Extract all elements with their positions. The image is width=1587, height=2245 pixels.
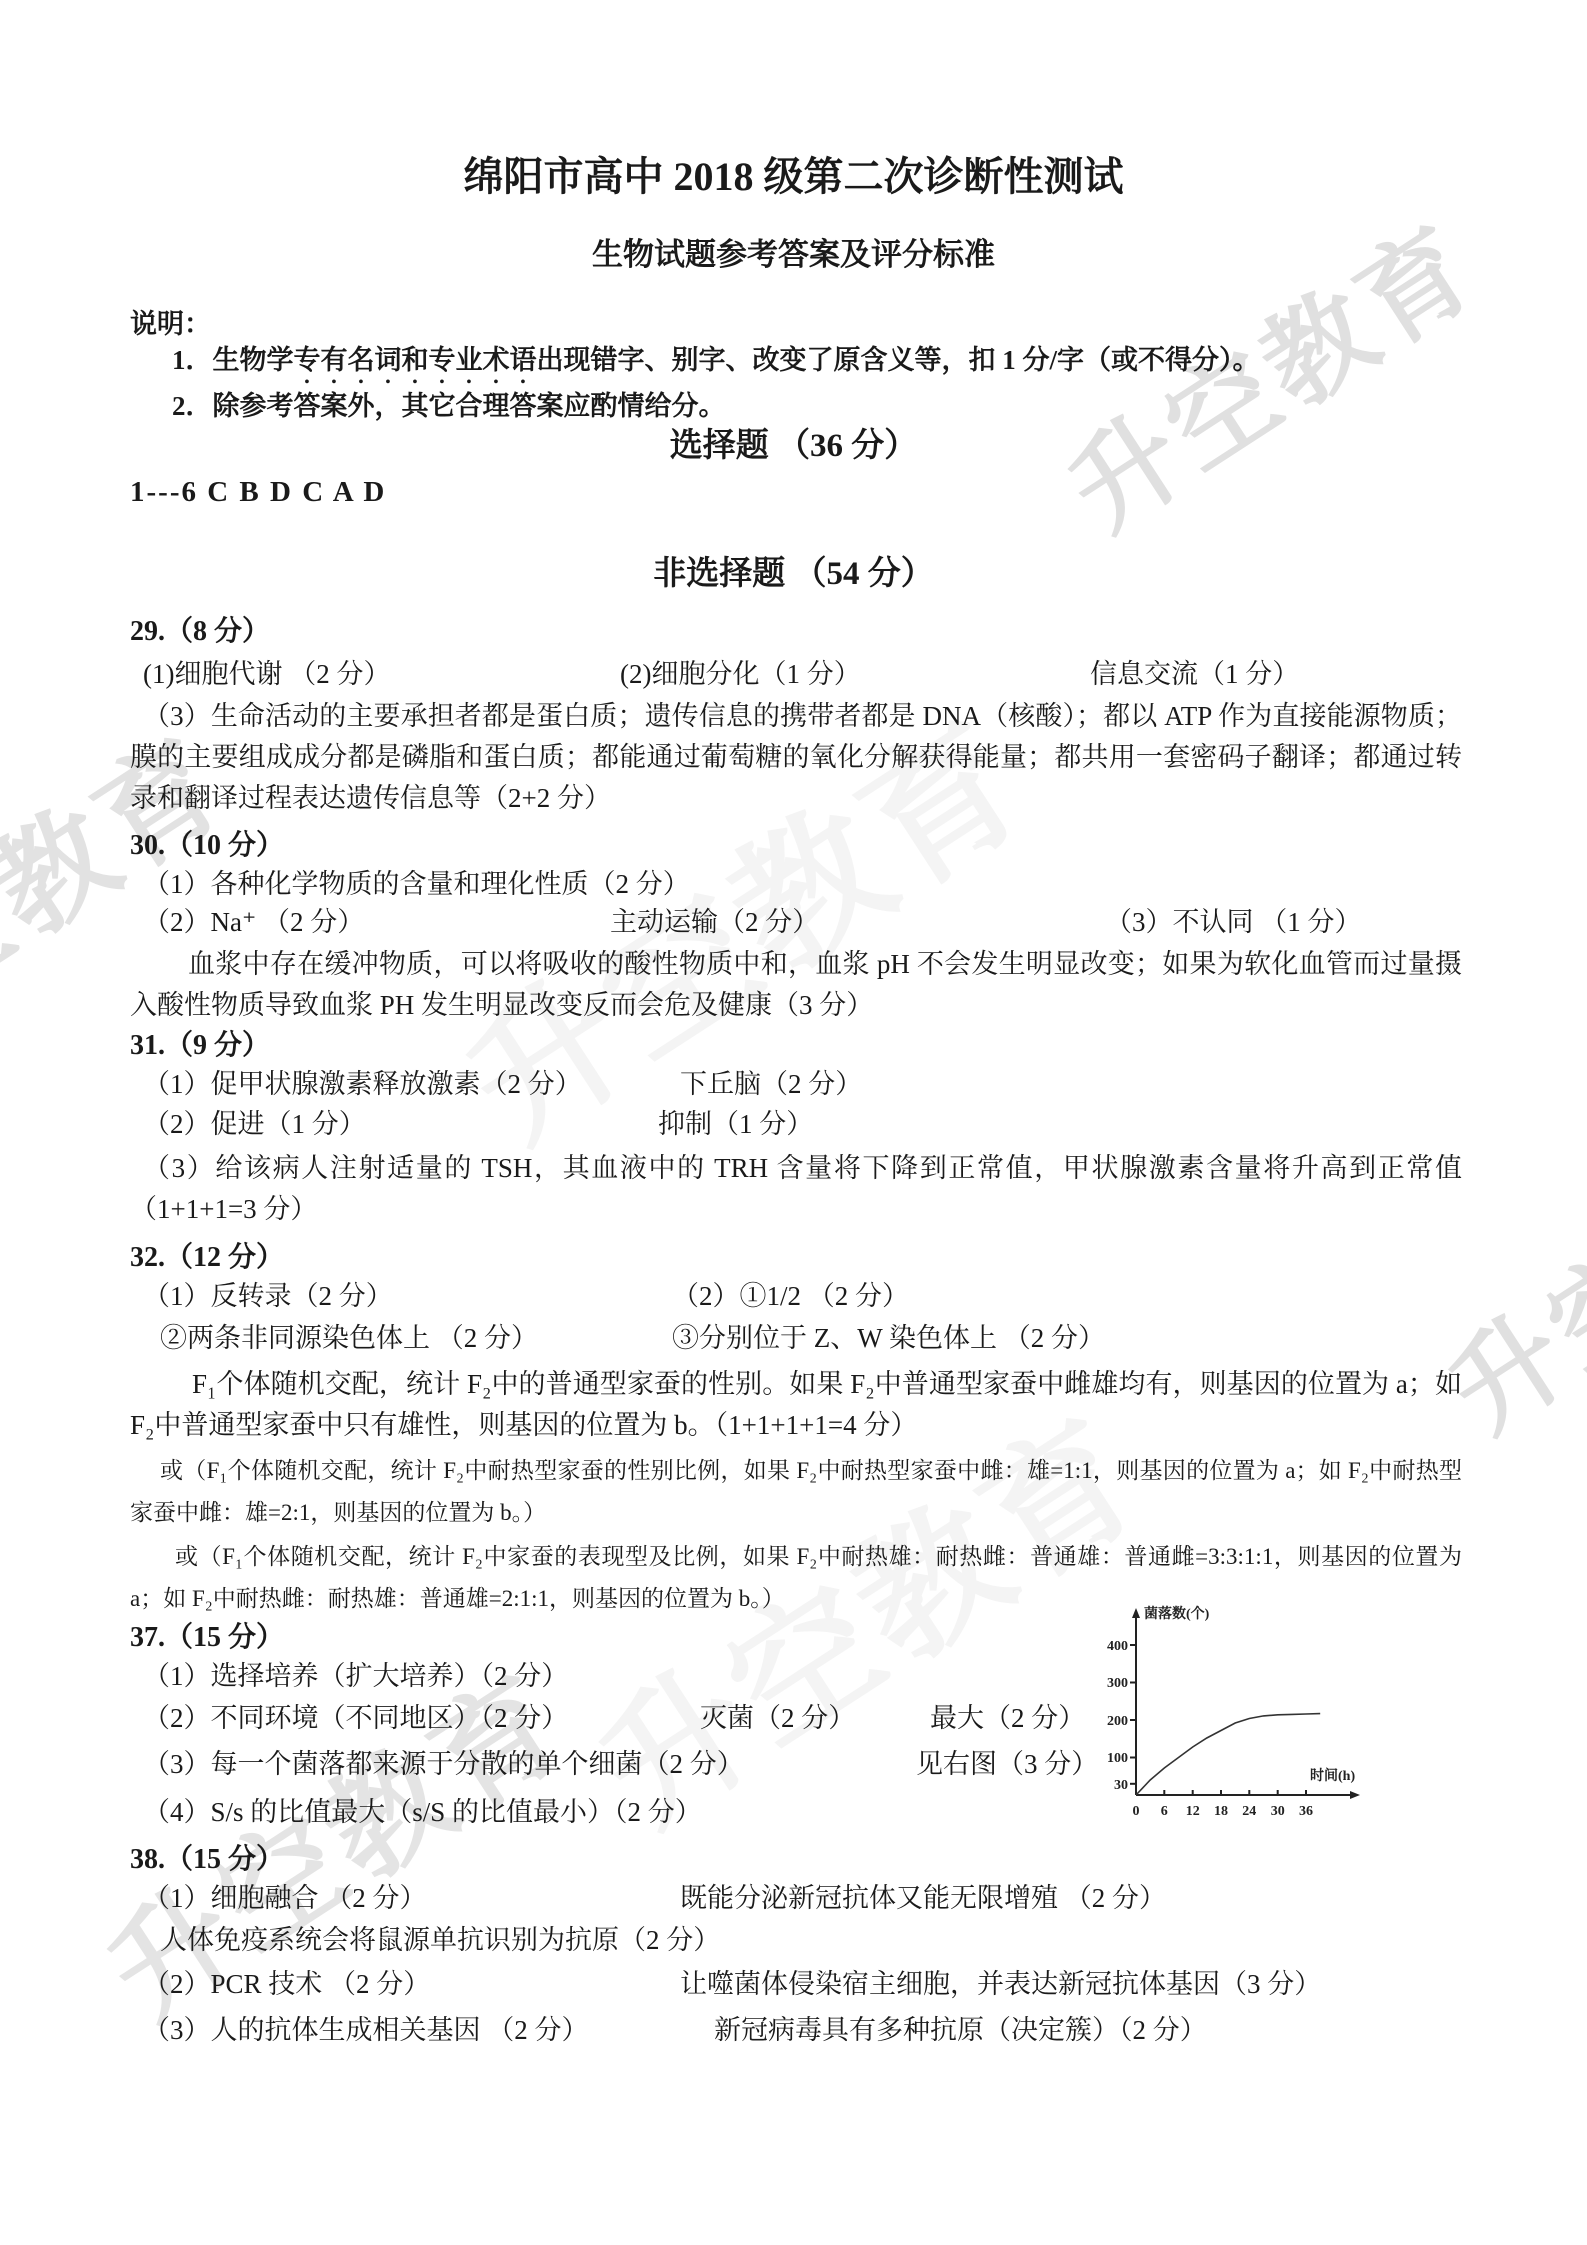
- colony-count-chart: 菌落数(个) 时间(h) 30 100 200 300 400 0 6 12 1…: [1106, 1600, 1368, 1828]
- chart-x-axis-label: 时间(h): [1310, 1767, 1355, 1784]
- choice-answers: 1---6 C B D C A D: [130, 474, 386, 510]
- q38-answer-4: （2）PCR 技术 （2 分）: [143, 1968, 430, 2002]
- q37-answer-7: （4）S/s 的比值最大（s/S 的比值最小）（2 分）: [143, 1796, 702, 1830]
- x-tick-label-12: 12: [1186, 1804, 1200, 1819]
- q38-heading: 38.（15 分）: [130, 1842, 284, 1877]
- chart-x-axis-arrow-icon: [1350, 1791, 1360, 1799]
- q31-answer-2: 下丘脑（2 分）: [680, 1068, 862, 1102]
- q38-answer-3: 人体免疫系统会将鼠源单抗识别为抗原（2 分）: [160, 1924, 720, 1958]
- q32-heading: 32.（12 分）: [130, 1240, 284, 1275]
- x-tick-label-24: 24: [1242, 1804, 1256, 1819]
- q37-answer-1: （1）选择培养（扩大培养）（2 分）: [143, 1660, 568, 1694]
- y-tick-label-100: 100: [1107, 1751, 1128, 1766]
- x-tick-label-30: 30: [1271, 1804, 1285, 1819]
- x-tick-label-36: 36: [1299, 1804, 1313, 1819]
- q32-answer-5: F₁个体随机交配，统计 F₂中的普通型家蚕的性别。如果 F₂中普通型家蚕中雌雄均…: [130, 1364, 1462, 1446]
- exam-answer-sheet-page: 升空教育 升空教育 升空教育 升空教育 升空教育 升空教育 绵阳市高中 2018…: [0, 0, 1587, 2245]
- q31-answer-1: （1）促甲状腺激素释放激素（2 分）: [143, 1068, 582, 1102]
- q37-answer-3: 灭菌（2 分）: [700, 1702, 855, 1736]
- q30-answer-4: （3）不认同 （1 分）: [1105, 906, 1362, 940]
- page-subtitle: 生物试题参考答案及评分标准: [0, 236, 1587, 275]
- q37-answer-2: （2）不同环境（不同地区）（2 分）: [143, 1702, 568, 1736]
- growth-curve: [1136, 1714, 1320, 1795]
- notes-label: 说明：: [130, 308, 211, 342]
- y-tick-label-200: 200: [1107, 1714, 1128, 1729]
- choice-section-heading: 选择题 （36 分）: [0, 426, 1587, 467]
- notes-item-1: 1．生物学专有名词和专业术语出现错字、别字、改变了原含义等，扣 1 分/字（或不…: [172, 344, 1260, 390]
- q30-heading: 30.（10 分）: [130, 828, 284, 863]
- q31-heading: 31.（9 分）: [130, 1028, 270, 1063]
- y-tick-label-300: 300: [1107, 1676, 1128, 1691]
- q37-answer-5: （3）每一个菌落都来源于分散的单个细菌（2 分）: [143, 1748, 744, 1782]
- q29-answer-4: （3）生命活动的主要承担者都是蛋白质；遗传信息的携带者都是 DNA（核酸）；都以…: [130, 696, 1462, 819]
- q30-answer-3: 主动运输（2 分）: [610, 906, 819, 940]
- q32-answer-3: ②两条非同源染色体上 （2 分）: [160, 1322, 538, 1356]
- q31-answer-3: （2）促进（1 分）: [143, 1108, 366, 1142]
- q31-answer-5: （3）给该病人注射适量的 TSH，其血液中的 TRH 含量将下降到正常值，甲状腺…: [130, 1148, 1462, 1230]
- chart-y-axis-label: 菌落数(个): [1144, 1605, 1210, 1622]
- notes-item-1-post: 出现错字、别字、改变了原含义等，扣 1 分/字（或不得分）。: [537, 345, 1260, 375]
- q30-answer-5: 血浆中存在缓冲物质，可以将吸收的酸性物质中和，血浆 pH 不会发生明显改变；如果…: [130, 944, 1462, 1026]
- x-tick-label-6: 6: [1161, 1804, 1168, 1819]
- q30-answer-2: （2）Na⁺ （2 分）: [143, 906, 364, 940]
- q38-answer-2: 既能分泌新冠抗体又能无限增殖 （2 分）: [680, 1882, 1166, 1916]
- page-title: 绵阳市高中 2018 级第二次诊断性测试: [0, 152, 1587, 202]
- q29-answer-1: (1)细胞代谢 （2 分）: [143, 658, 390, 692]
- y-tick-label-400: 400: [1107, 1639, 1128, 1654]
- chart-y-axis-arrow-icon: [1132, 1608, 1140, 1618]
- q37-heading: 37.（15 分）: [130, 1620, 284, 1655]
- q38-answer-6: （3）人的抗体生成相关基因 （2 分）: [143, 2014, 589, 2048]
- notes-item-1-pre: 1．生物学: [172, 345, 294, 375]
- x-tick-label-0: 0: [1133, 1804, 1140, 1819]
- q32-answer-4: ③分别位于 Z、W 染色体上 （2 分）: [672, 1322, 1105, 1356]
- q29-heading: 29.（8 分）: [130, 614, 270, 649]
- q29-answer-2: (2)细胞分化（1 分）: [620, 658, 861, 692]
- q37-answer-4: 最大（2 分）: [930, 1702, 1085, 1736]
- q30-answer-1: （1）各种化学物质的含量和理化性质（2 分）: [143, 868, 690, 902]
- x-tick-label-18: 18: [1214, 1804, 1228, 1819]
- q37-answer-6: 见右图（3 分）: [916, 1748, 1098, 1782]
- q31-answer-4: 抑制（1 分）: [658, 1108, 813, 1142]
- q29-answer-3: 信息交流（1 分）: [1090, 658, 1299, 692]
- q38-answer-5: 让噬菌体侵染宿主细胞，并表达新冠抗体基因（3 分）: [680, 1968, 1321, 2002]
- notes-item-2: 2．除参考答案外，其它合理答案应酌情给分。: [172, 390, 726, 424]
- q32-answer-2: （2）①1/2 （2 分）: [672, 1280, 909, 1314]
- q38-answer-1: （1）细胞融合 （2 分）: [143, 1882, 427, 1916]
- y-tick-label-30: 30: [1114, 1778, 1128, 1793]
- notes-item-1-emphasized: 专有名词和专业术语: [294, 345, 537, 375]
- q38-answer-7: 新冠病毒具有多种抗原（决定簇）（2 分）: [714, 2014, 1207, 2048]
- q32-alternative-1: 或（F₁个体随机交配，统计 F₂中耐热型家蚕的性别比例，如果 F₂中耐热型家蚕中…: [130, 1450, 1462, 1534]
- nonchoice-section-heading: 非选择题 （54 分）: [0, 554, 1587, 595]
- q32-answer-1: （1）反转录（2 分）: [143, 1280, 393, 1314]
